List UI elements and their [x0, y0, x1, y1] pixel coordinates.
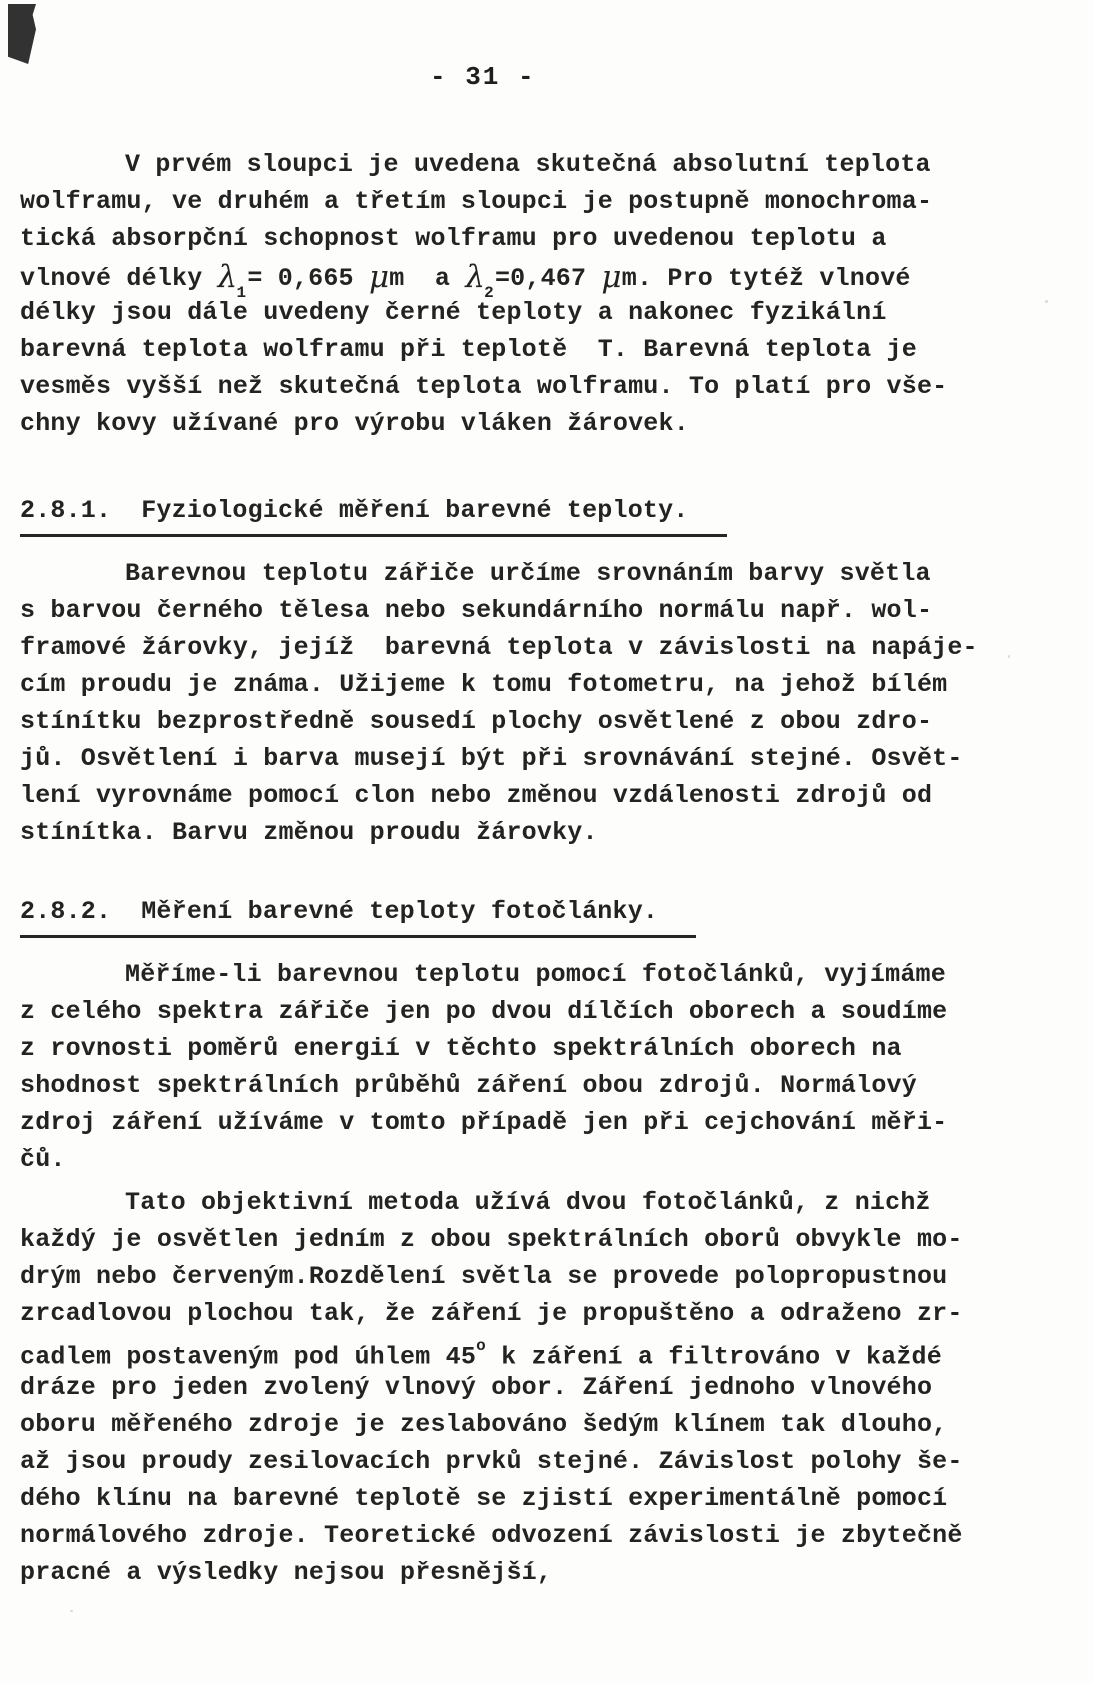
document-page: - 31 - V prvém sloupci je uvedena skuteč… [0, 0, 1093, 1683]
text-line: Barevnou teplotu zářiče určíme srovnáním… [20, 555, 970, 592]
text-line: stínítku bezprostředně sousedí plochy os… [20, 703, 970, 740]
scan-corner-artifact [8, 4, 36, 64]
text-line: zrcadlovou plochou tak, že záření je pro… [20, 1295, 970, 1332]
formula-line: vlnové délky λ1= 0,665 μm a λ2=0,467 μm.… [20, 257, 970, 294]
formula-text: Pro tytéž vlnové [652, 264, 910, 293]
lambda2-subscript: 2 [484, 284, 494, 302]
angle-text: k záření a filtrováno v každé [486, 1342, 942, 1371]
text-line: stínítka. Barvu změnou proudu žárovky. [20, 814, 970, 851]
lambda2-symbol: λ [465, 259, 485, 295]
heading-title: Fyziologické měření barevné teploty. [141, 492, 688, 529]
text-line: normálového zdroje. Teoretické odvození … [20, 1517, 970, 1554]
angle-line: cadlem postaveným pod úhlem 45o k záření… [20, 1332, 970, 1369]
text-line: shodnost spektrálních průběhů záření obo… [20, 1067, 970, 1104]
text-line: jů. Osvětlení i barva musejí být při sro… [20, 740, 970, 777]
angle-text: cadlem postaveným pod úhlem 45 [20, 1342, 476, 1371]
section-2-8-2-paragraph-1: Měříme-li barevnou teplotu pomocí fotočl… [20, 956, 970, 1178]
scan-speck [70, 1610, 73, 1612]
page-number: - 31 - [430, 62, 536, 92]
text-line: lení vyrovnáme pomocí clon nebo změnou v… [20, 777, 970, 814]
text-line: tická absorpční schopnost wolframu pro u… [20, 220, 970, 257]
text-line: až jsou proudy zesilovacích prvků stejné… [20, 1443, 970, 1480]
mu1-symbol: μ [369, 259, 389, 295]
lambda1-subscript: 1 [237, 284, 247, 302]
mu2-symbol: μ [601, 259, 621, 295]
text-line: barevná teplota wolframu při teplotě T. … [20, 331, 970, 368]
section-2-8-2: 2.8.2.Měření barevné teploty fotočlánky. [20, 893, 970, 938]
scan-speck [1008, 655, 1010, 658]
text-line: délky jsou dále uvedeny černé teploty a … [20, 294, 970, 331]
text-line: s barvou černého tělesa nebo sekundárníh… [20, 592, 970, 629]
text-line: chny kovy užívané pro výrobu vláken žáro… [20, 405, 970, 442]
section-2-8-2-paragraph-2: Tato objektivní metoda užívá dvou fotočl… [20, 1184, 970, 1591]
text-line: framové žárovky, jejíž barevná teplota v… [20, 629, 970, 666]
degree-superscript: o [476, 1337, 486, 1355]
text-line: oboru měřeného zdroje je zeslabováno šed… [20, 1406, 970, 1443]
formula-text: a [405, 264, 466, 293]
text-line: zdroj záření užíváme v tomto případě jen… [20, 1104, 970, 1141]
text-line: čů. [20, 1141, 970, 1178]
text-line: V prvém sloupci je uvedena skutečná abso… [20, 146, 970, 183]
formula-text: =0,467 [495, 264, 601, 293]
text-line: Měříme-li barevnou teplotu pomocí fotočl… [20, 956, 970, 993]
intro-paragraph: V prvém sloupci je uvedena skutečná abso… [20, 146, 970, 442]
heading-title: Měření barevné teploty fotočlánky. [141, 893, 658, 930]
text-line: každý je osvětlen jedním z obou spektrál… [20, 1221, 970, 1258]
section-heading-2-8-1: 2.8.1.Fyziologické měření barevné teplot… [20, 492, 727, 537]
page-content: V prvém sloupci je uvedena skutečná abso… [20, 146, 970, 1591]
section-2-8-1: 2.8.1.Fyziologické měření barevné teplot… [20, 492, 970, 537]
scan-speck [1045, 300, 1048, 303]
text-line: wolframu, ve druhém a třetím sloupci je … [20, 183, 970, 220]
text-line: pracné a výsledky nejsou přesnější, [20, 1554, 970, 1591]
text-line: vesměs vyšší než skutečná teplota wolfra… [20, 368, 970, 405]
text-line: z rovnosti poměrů energií v těchto spekt… [20, 1030, 970, 1067]
section-2-8-1-paragraph: Barevnou teplotu zářiče určíme srovnáním… [20, 555, 970, 851]
formula-text: m. [622, 264, 652, 293]
section-heading-2-8-2: 2.8.2.Měření barevné teploty fotočlánky. [20, 893, 696, 938]
heading-number: 2.8.1. [20, 492, 111, 529]
formula-text: m [389, 264, 404, 293]
text-line: dého klínu na barevné teplotě se zjistí … [20, 1480, 970, 1517]
lambda1-symbol: λ [218, 259, 238, 295]
text-line: drým nebo červeným.Rozdělení světla se p… [20, 1258, 970, 1295]
formula-text: = 0,665 [247, 264, 369, 293]
text-line: Tato objektivní metoda užívá dvou fotočl… [20, 1184, 970, 1221]
heading-number: 2.8.2. [20, 893, 111, 930]
text-line: dráze pro jeden zvolený vlnový obor. Zář… [20, 1369, 970, 1406]
text-line: cím proudu je známa. Užijeme k tomu foto… [20, 666, 970, 703]
text-line: z celého spektra zářiče jen po dvou dílč… [20, 993, 970, 1030]
formula-text: vlnové délky [20, 264, 218, 293]
